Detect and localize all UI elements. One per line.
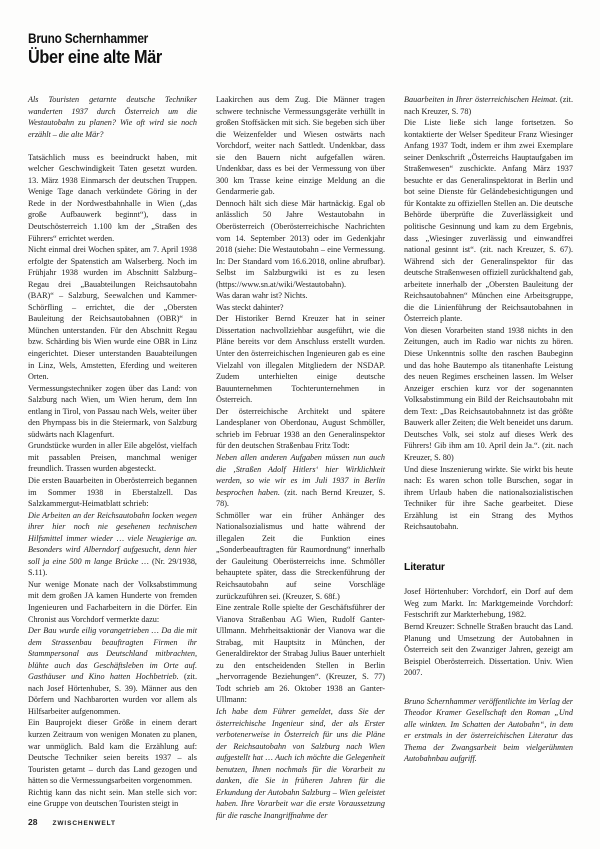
page-number: 28 [28, 817, 37, 827]
author-bio: Bruno Schernhammer veröffentlichte im Ve… [404, 696, 573, 765]
paragraph: Laakirchen aus dem Zug. Die Männer trage… [216, 94, 385, 198]
article-header: Bruno Schernhammer Über eine alte Mär [28, 31, 180, 67]
paragraph: Die ersten Bauarbeiten in Oberösterreich… [28, 475, 197, 510]
paragraph: Schmöller war ein früher Anhänger des Na… [216, 510, 385, 602]
paragraph: Die Arbeiten an der Reichsautobahn locke… [28, 510, 197, 579]
paragraph: Dennoch hält sich diese Mär hartnäckig. … [216, 198, 385, 290]
paragraph: Nur wenige Monate nach der Volksabstimmu… [28, 579, 197, 625]
paragraph: Was steckt dahinter? [216, 302, 385, 314]
literatur-heading: Literatur [404, 562, 573, 574]
paragraph: Tatsächlich muss es beeindruckt haben, m… [28, 152, 197, 244]
literature-entry: Josef Hörtenhuber: Vorchdorf, ein Dorf a… [404, 586, 573, 621]
paragraph: Neben allen anderen Aufgaben müssen nun … [216, 452, 385, 510]
text-column-1: Als Touristen getarnte deutsche Technike… [28, 94, 197, 821]
journal-name: ZWISCHENWELT [52, 820, 115, 827]
paragraph: Der Bau wurde eilig vorangetrieben … Da … [28, 625, 197, 717]
paragraph: Von diesen Vorarbeiten stand 1938 nichts… [404, 325, 573, 464]
page-footer: 28 ZWISCHENWELT [28, 817, 116, 827]
literature-entry: Bernd Kreuzer: Schnelle Straßen braucht … [404, 621, 573, 679]
article-title: Über eine alte Mär [28, 47, 162, 67]
article-author: Bruno Schernhammer [28, 31, 162, 46]
paragraph: Grundstücke wurden in aller Eile abgelös… [28, 440, 197, 475]
paragraph: Was daran wahr ist? Nichts. [216, 290, 385, 302]
article-lede: Als Touristen getarnte deutsche Technike… [28, 94, 197, 140]
article-body: Als Touristen getarnte deutsche Technike… [28, 94, 573, 821]
paragraph: Und diese Inszenierung wirkte. Sie wirkt… [404, 464, 573, 533]
paragraph: Ich habe dem Führer gemeldet, dass Sie d… [216, 706, 385, 821]
paragraph: Richtig kann das nicht sein. Man stelle … [28, 787, 197, 810]
paragraph: Die Liste ließe sich lange fortsetzen. S… [404, 117, 573, 325]
paragraph: Eine zentrale Rolle spielte der Geschäft… [216, 602, 385, 706]
paragraph: Der Historiker Bernd Kreuzer hat in sein… [216, 313, 385, 405]
text-column-2: Laakirchen aus dem Zug. Die Männer trage… [216, 94, 385, 821]
paragraph: Der österreichische Architekt und später… [216, 406, 385, 452]
text-column-3: Bauarbeiten in Ihrer österreichischen He… [404, 94, 573, 821]
paragraph: Vermessungstechniker zogen über das Land… [28, 383, 197, 441]
paragraph: Bauarbeiten in Ihrer österreichischen He… [404, 94, 573, 117]
magazine-page: Bruno Schernhammer Über eine alte Mär Al… [0, 0, 600, 849]
paragraph: Nicht einmal drei Wochen später, am 7. A… [28, 244, 197, 383]
paragraph: Ein Bauprojekt dieser Größe in einem der… [28, 717, 197, 786]
